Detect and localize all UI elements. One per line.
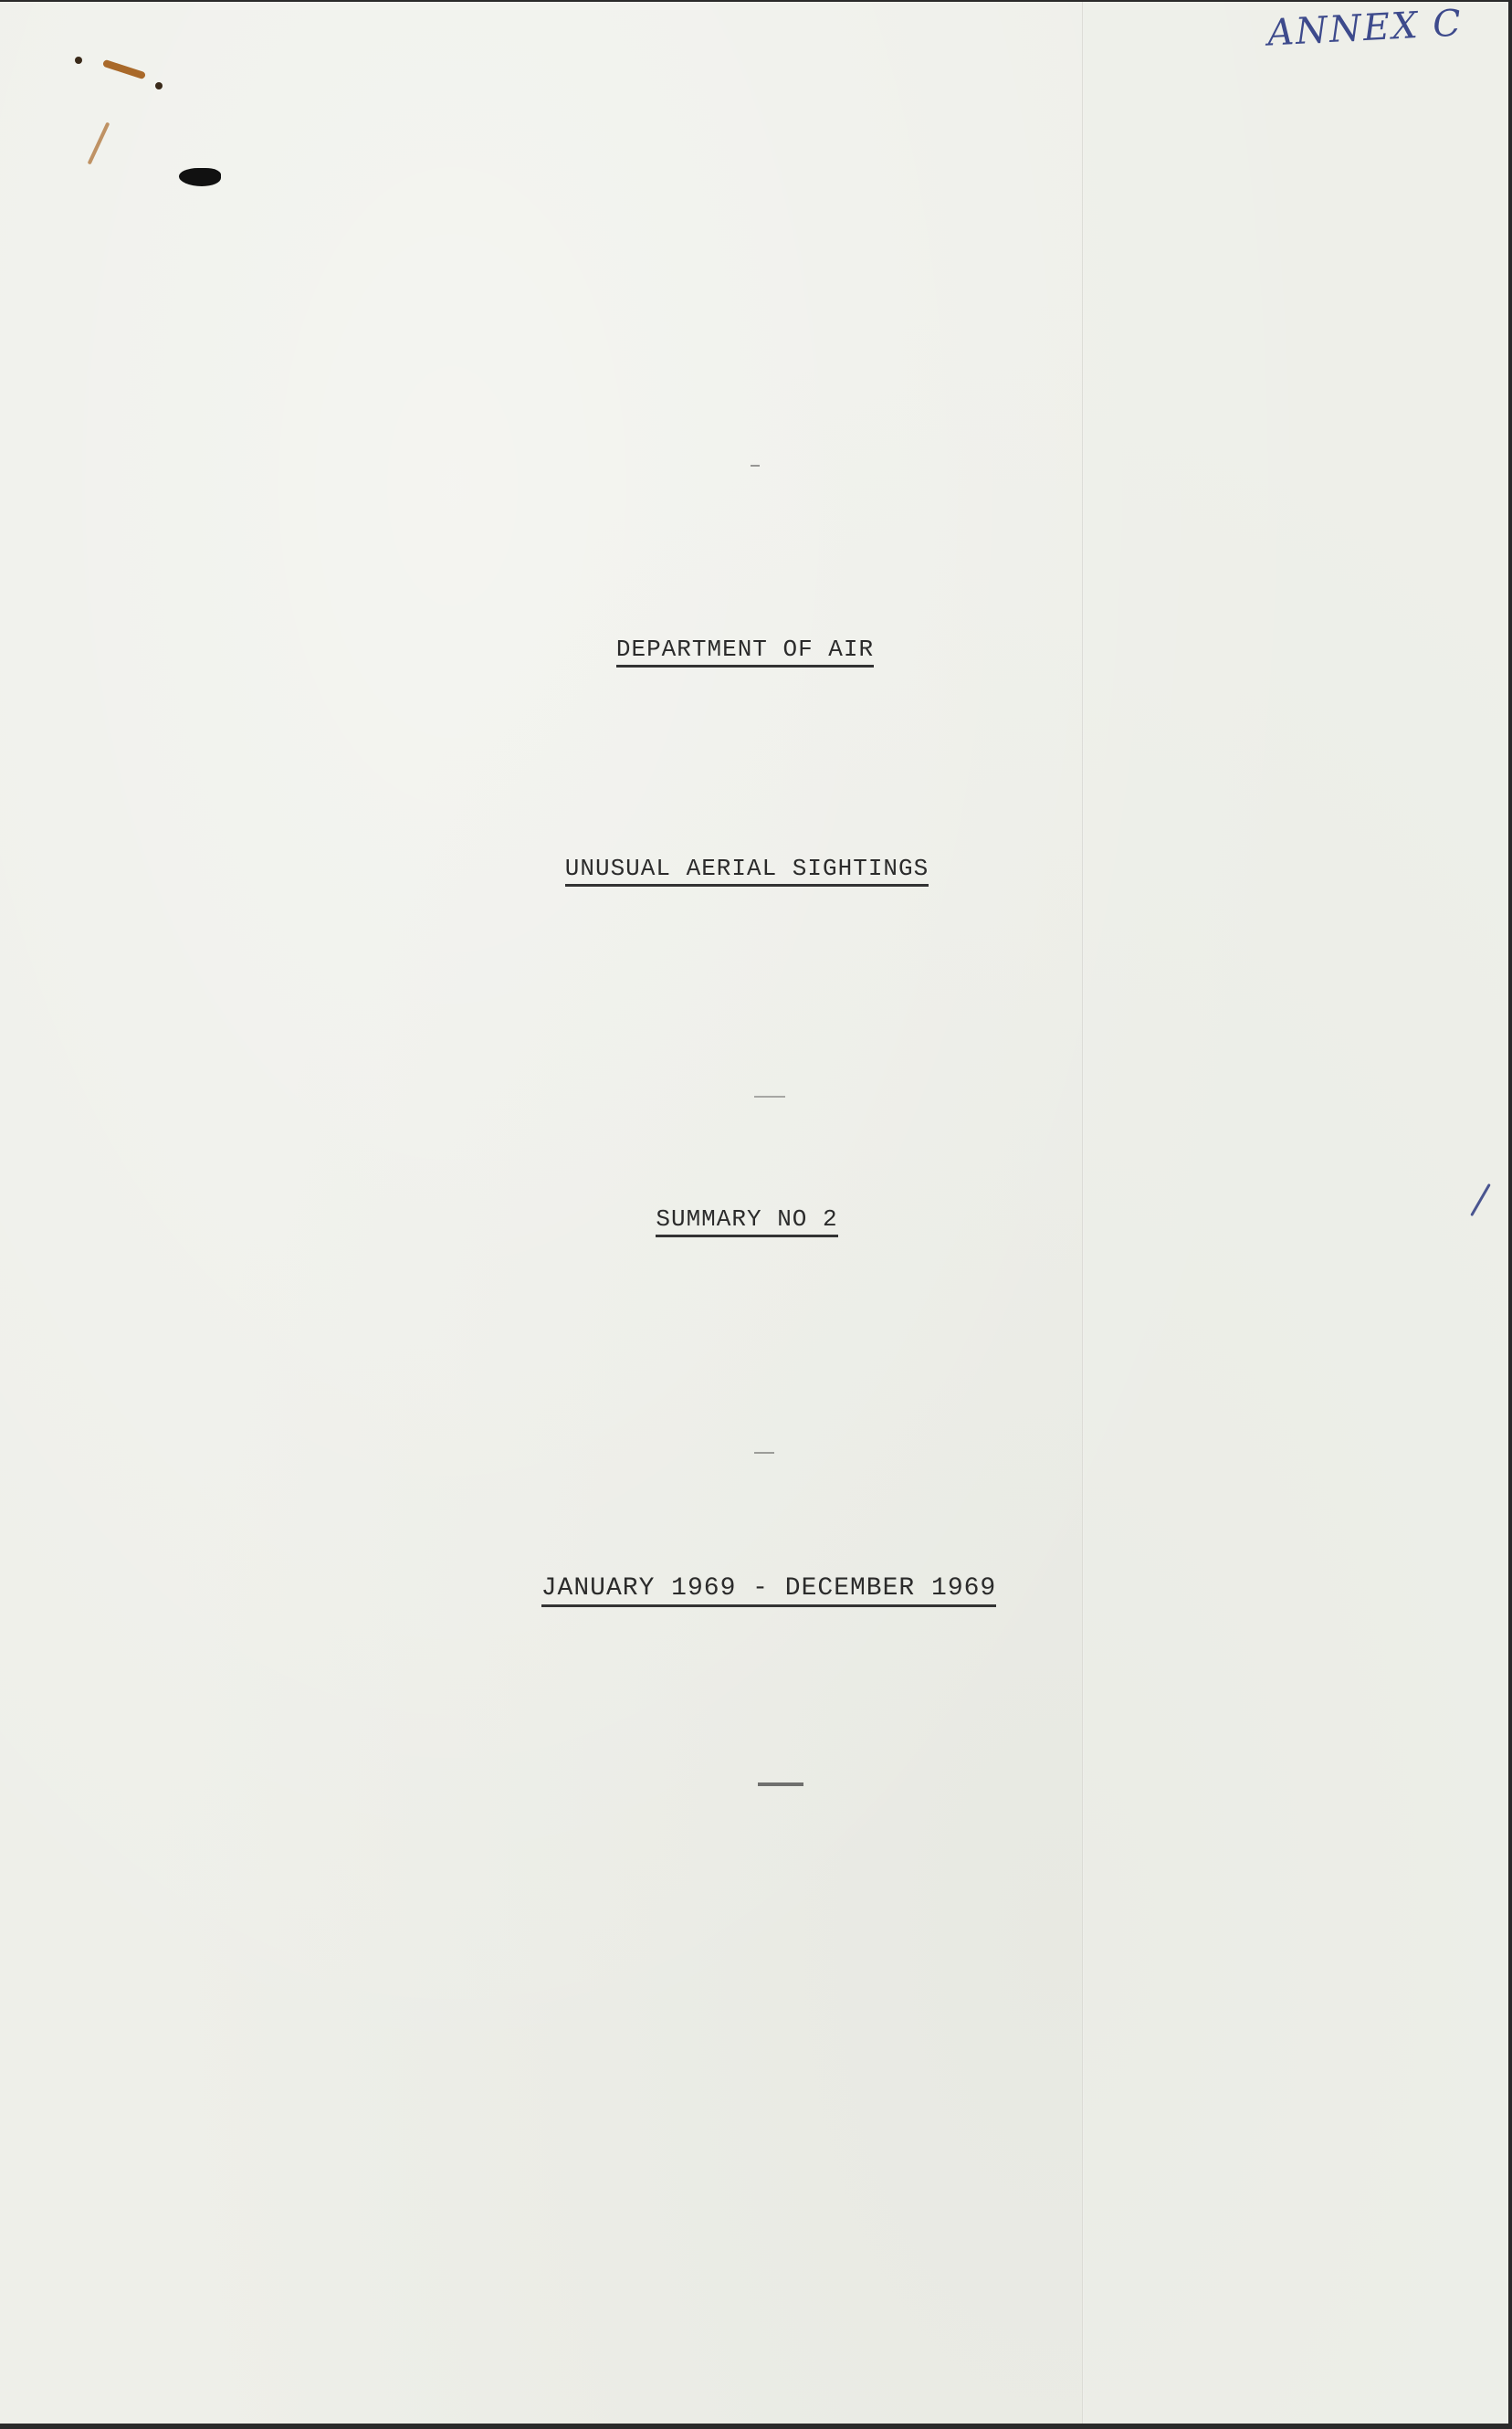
document-subtitle: SUMMARY NO 2 (0, 1205, 1501, 1233)
date-range: JANUARY 1969 - DECEMBER 1969 (15, 1574, 1512, 1603)
rust-stain (75, 57, 82, 64)
typewriter-mark (754, 1452, 774, 1454)
typewriter-mark (754, 1096, 785, 1098)
document-page: ANNEX C DEPARTMENT OF AIR UNUSUAL AERIAL… (0, 2, 1508, 2424)
staple-hole (179, 168, 221, 186)
rust-stain (155, 82, 163, 89)
typewriter-mark (758, 1782, 803, 1786)
typewriter-mark (751, 465, 760, 467)
rust-stain (88, 121, 110, 164)
rust-stain (102, 59, 146, 79)
document-title: UNUSUAL AERIAL SIGHTINGS (0, 855, 1501, 882)
heading: DEPARTMENT OF AIR (0, 636, 1499, 663)
